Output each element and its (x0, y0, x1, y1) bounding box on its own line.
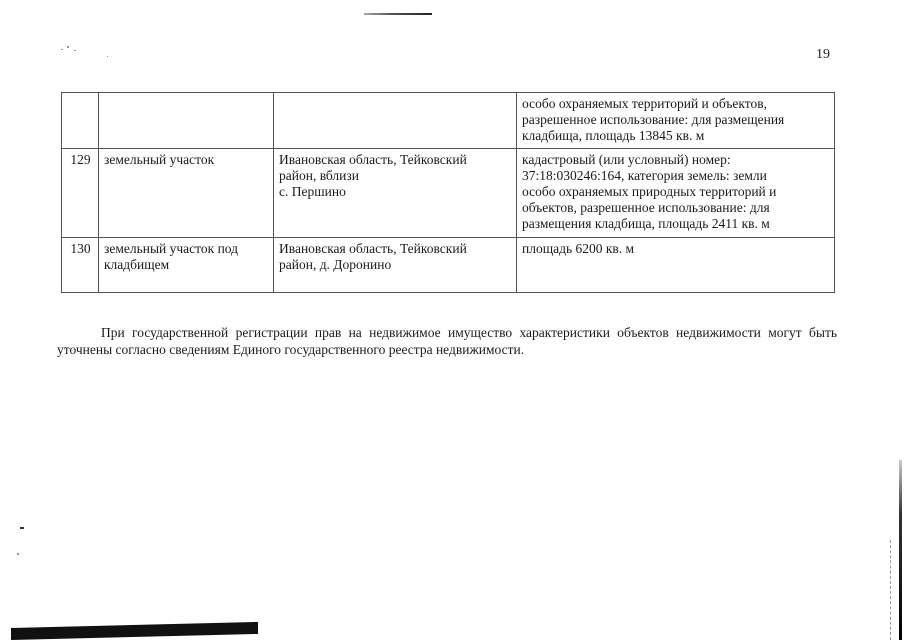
address-cell: Ивановская область, Тейковский район, д.… (274, 238, 517, 293)
address-cell: Ивановская область, Тейковский район, вб… (274, 149, 517, 238)
scan-speck (17, 553, 19, 555)
address-line: район, вблизи (279, 168, 512, 184)
description-line: особо охраняемых территорий и объектов, (522, 96, 830, 112)
object-cell (99, 93, 274, 149)
description-cell: кадастровый (или условный) номер: 37:18:… (517, 149, 835, 238)
description-line: особо охраняемых природных территорий и (522, 184, 830, 200)
page-number: 19 (816, 47, 830, 63)
address-line: с. Першино (279, 184, 512, 200)
scan-speck (20, 527, 24, 529)
row-number: 129 (62, 149, 99, 238)
object-cell: земельный участок (99, 149, 274, 238)
scan-artifact-right-dash (890, 540, 892, 640)
property-table: особо охраняемых территорий и объектов, … (61, 92, 835, 293)
row-number: 130 (62, 238, 99, 293)
table-row: 129 земельный участок Ивановская область… (62, 149, 835, 238)
scan-artifact-top-line (364, 13, 432, 15)
address-cell (274, 93, 517, 149)
scan-artifact-right-bar (899, 460, 902, 640)
description-line: объектов, разрешенное использование: для (522, 200, 830, 216)
table-row: особо охраняемых территорий и объектов, … (62, 93, 835, 149)
description-line: 37:18:030246:164, категория земель: земл… (522, 168, 830, 184)
address-line: Ивановская область, Тейковский (279, 241, 512, 257)
object-cell: земельный участок под кладбищем (99, 238, 274, 293)
address-line: район, д. Доронино (279, 257, 512, 273)
row-number (62, 93, 99, 149)
description-line: разрешенное использование: для размещени… (522, 112, 830, 128)
scan-speck (74, 50, 76, 51)
object-line: кладбищем (104, 257, 269, 273)
scan-speck (107, 56, 108, 57)
description-line: кадастровый (или условный) номер: (522, 152, 830, 168)
object-line: земельный участок (104, 152, 269, 168)
object-line: земельный участок под (104, 241, 269, 257)
scan-speck (61, 49, 63, 50)
registration-note: При государственной регистрации прав на … (57, 324, 837, 358)
scan-speck (67, 46, 69, 48)
description-line: размещения кладбища, площадь 2411 кв. м (522, 216, 830, 232)
description-line: площадь 6200 кв. м (522, 241, 830, 257)
description-cell: площадь 6200 кв. м (517, 238, 835, 293)
table-row: 130 земельный участок под кладбищем Иван… (62, 238, 835, 293)
description-cell: особо охраняемых территорий и объектов, … (517, 93, 835, 149)
scan-artifact-bottom-bar (11, 622, 258, 640)
description-line: кладбища, площадь 13845 кв. м (522, 128, 830, 144)
address-line: Ивановская область, Тейковский (279, 152, 512, 168)
